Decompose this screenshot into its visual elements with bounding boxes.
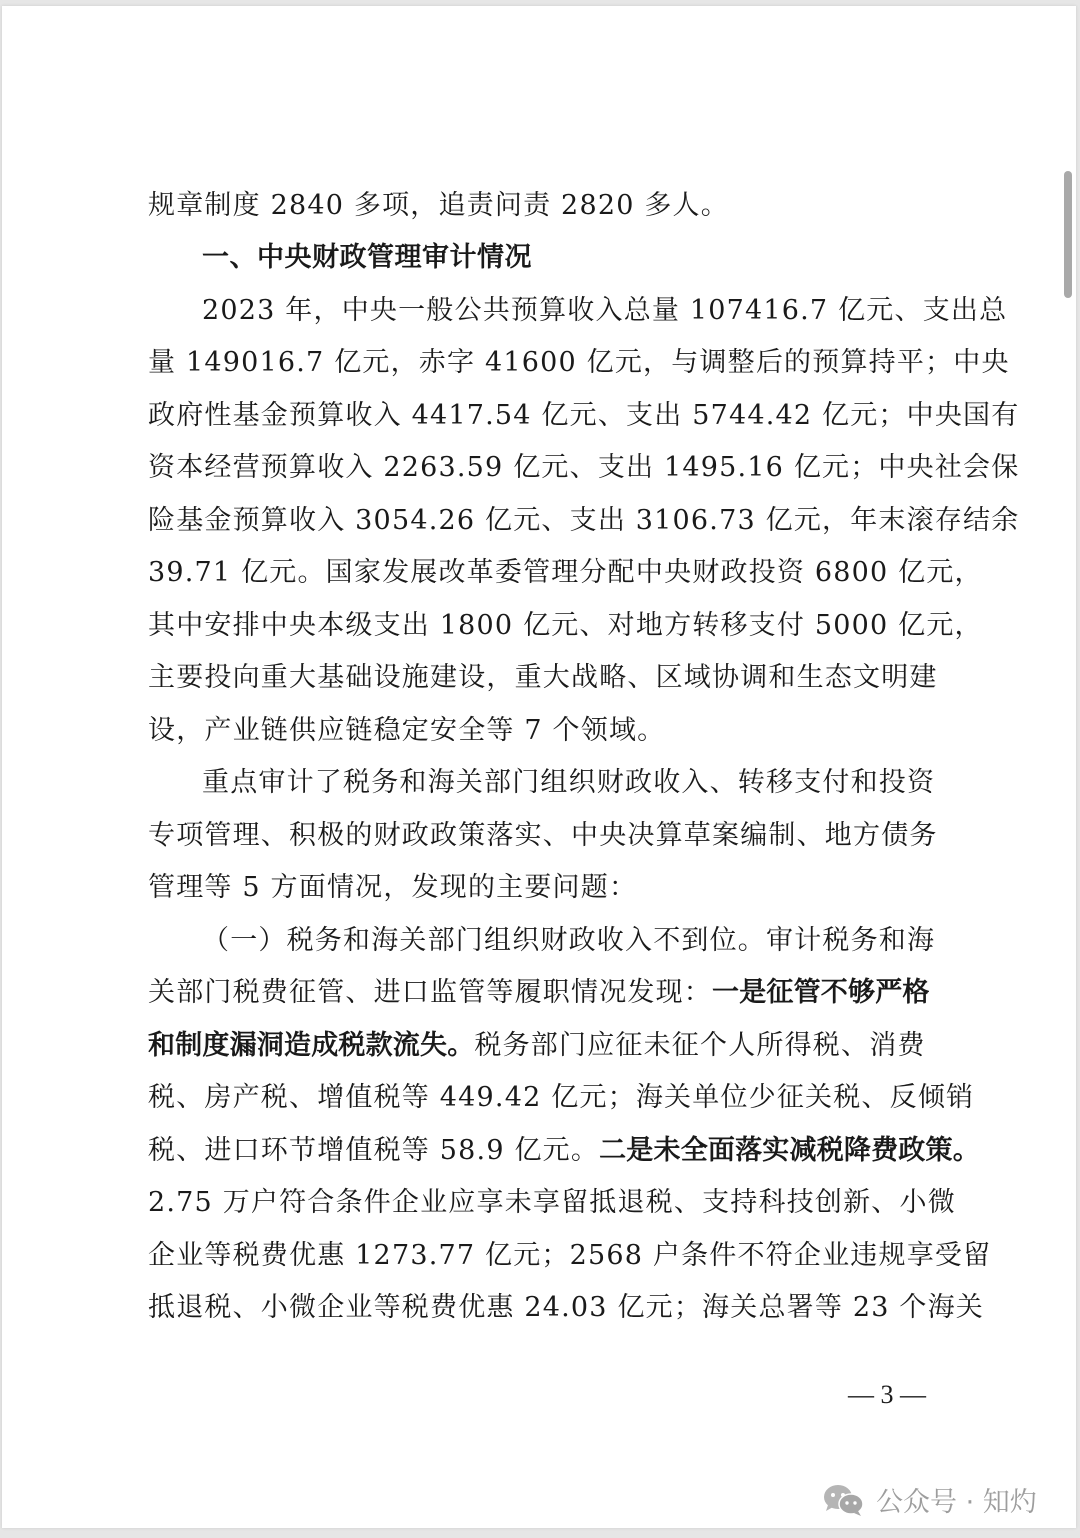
document-page: 规章制度 2840 多项，追责问责 2820 多人。一、中央财政管理审计情况20… [2,6,1076,1528]
text-segment: 税、房产税、增值税等 449.42 亿元；海关单位少征关税、反倾销 [148,1082,974,1113]
text-segment: 2.75 万户符合条件企业应享未享留抵退税、支持科技创新、小微 [148,1187,956,1218]
document-viewer: 规章制度 2840 多项，追责问责 2820 多人。一、中央财政管理审计情况20… [0,0,1080,1538]
text-segment: 2023 年，中央一般公共预算收入总量 107416.7 亿元、支出总 [202,295,1007,326]
bold-text-segment: 二是未全面落实减税降费政策。 [599,1135,980,1166]
text-line: 管理等 5 方面情况，发现的主要问题： [148,868,637,908]
text-segment: 资本经营预算收入 2263.59 亿元、支出 1495.16 亿元；中央社会保 [148,452,1019,483]
watermark-text: 公众号 · 知灼 [876,1480,1037,1519]
page-number: — 3 — [848,1380,926,1410]
text-line: 险基金预算收入 3054.26 亿元、支出 3106.73 亿元，年末滚存结余 [148,501,1019,541]
text-line: 设，产业链供应链稳定安全等 7 个领域。 [148,711,665,751]
text-segment: 量 149016.7 亿元，赤字 41600 亿元，与调整后的预算持平；中央 [148,347,1010,378]
bold-text-segment: 一、中央财政管理审计情况 [202,242,532,273]
text-segment: 主要投向重大基础设施建设，重大战略、区域协调和生态文明建 [148,662,938,693]
text-line: 政府性基金预算收入 4417.54 亿元、支出 5744.42 亿元；中央国有 [148,396,1019,436]
text-line: 2.75 万户符合条件企业应享未享留抵退税、支持科技创新、小微 [148,1183,956,1223]
text-segment: 抵退税、小微企业等税费优惠 24.03 亿元；海关总署等 23 个海关 [148,1292,984,1323]
text-line: 量 149016.7 亿元，赤字 41600 亿元，与调整后的预算持平；中央 [148,343,1010,383]
text-segment: 管理等 5 方面情况，发现的主要问题： [148,872,637,903]
text-segment: 专项管理、积极的财政政策落实、中央决算草案编制、地方债务 [148,820,938,851]
text-line: 规章制度 2840 多项，追责问责 2820 多人。 [148,186,729,226]
text-segment: （一）税务和海关部门组织财政收入不到位。审计税务和海 [202,925,935,956]
text-line: 和制度漏洞造成税款流失。税务部门应征未征个人所得税、消费 [148,1026,926,1066]
text-line: 专项管理、积极的财政政策落实、中央决算草案编制、地方债务 [148,816,938,856]
scrollbar-thumb[interactable] [1064,171,1072,298]
bold-text-segment: 和制度漏洞造成税款流失。 [148,1030,474,1061]
text-line: 税、进口环节增值税等 58.9 亿元。二是未全面落实减税降费政策。 [148,1131,980,1171]
text-line: 抵退税、小微企业等税费优惠 24.03 亿元；海关总署等 23 个海关 [148,1288,984,1328]
text-line: 主要投向重大基础设施建设，重大战略、区域协调和生态文明建 [148,658,938,698]
text-line: 资本经营预算收入 2263.59 亿元、支出 1495.16 亿元；中央社会保 [148,448,1019,488]
text-segment: 设，产业链供应链稳定安全等 7 个领域。 [148,715,665,746]
text-segment: 其中安排中央本级支出 1800 亿元、对地方转移支付 5000 亿元， [148,610,983,641]
text-segment: 政府性基金预算收入 4417.54 亿元、支出 5744.42 亿元；中央国有 [148,400,1019,431]
text-line: 企业等税费优惠 1273.77 亿元；2568 户条件不符企业违规享受留 [148,1236,991,1276]
text-segment: 关部门税费征管、进口监管等履职情况发现： [148,977,712,1008]
text-segment: 重点审计了税务和海关部门组织财政收入、转移支付和投资 [202,767,935,798]
text-segment: 39.71 亿元。国家发展改革委管理分配中央财政投资 6800 亿元， [148,557,983,588]
section-heading: 一、中央财政管理审计情况 [202,238,532,278]
text-line: （一）税务和海关部门组织财政收入不到位。审计税务和海 [202,921,935,961]
text-line: 2023 年，中央一般公共预算收入总量 107416.7 亿元、支出总 [202,291,1007,331]
text-segment: 企业等税费优惠 1273.77 亿元；2568 户条件不符企业违规享受留 [148,1240,991,1271]
watermark: 公众号 · 知灼 [822,1480,1037,1519]
text-segment: 规章制度 2840 多项，追责问责 2820 多人。 [148,190,729,221]
bold-text-segment: 一是征管不够严格 [712,977,930,1008]
text-line: 其中安排中央本级支出 1800 亿元、对地方转移支付 5000 亿元， [148,606,983,646]
text-line: 39.71 亿元。国家发展改革委管理分配中央财政投资 6800 亿元， [148,553,983,593]
text-segment: 险基金预算收入 3054.26 亿元、支出 3106.73 亿元，年末滚存结余 [148,505,1019,536]
text-line: 关部门税费征管、进口监管等履职情况发现：一是征管不够严格 [148,973,930,1013]
text-segment: 税务部门应征未征个人所得税、消费 [474,1030,925,1061]
wechat-icon [822,1483,866,1517]
text-segment: 税、进口环节增值税等 58.9 亿元。 [148,1135,599,1166]
text-line: 重点审计了税务和海关部门组织财政收入、转移支付和投资 [202,763,935,803]
text-line: 税、房产税、增值税等 449.42 亿元；海关单位少征关税、反倾销 [148,1078,974,1118]
